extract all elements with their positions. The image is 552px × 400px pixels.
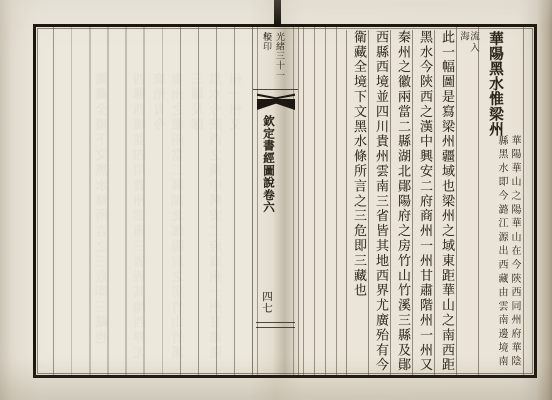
book-scan-photo: 衛藏全境下文黑水條所言之三危即三藏也 西縣西境並四川貴州雲南三省皆其地西界尤廣殆… (0, 0, 552, 400)
annotation-line: 華陽華山之陽華山在今陝西同州府華陰 (508, 135, 521, 370)
fold-mark-bar (274, 0, 281, 27)
imprint-box: 光緒三十一年 校印 (253, 27, 298, 90)
fishtail-icon (257, 93, 295, 110)
annotation-continuation: 流入 海 (458, 31, 478, 54)
body-column: 秦州之徽兩當二縣湖北鄖陽府之房竹山竹溪三縣及鄖 (390, 30, 413, 375)
fold-footer-rule (256, 327, 295, 328)
annotation-line: 縣黑水即今潞江源出西藏由雲南邊境南 (495, 135, 508, 370)
body-column: 西縣西境並四川貴州雲南三省皆其地西界尤廣殆有今 (368, 30, 391, 375)
column-rule (336, 27, 337, 375)
folio-number: 四七 (257, 291, 277, 314)
heading-column: 華陽黑水惟梁州 華陽華山之陽華山在今陝西同州府華陰 縣黑水即今潞江源出西藏由雲南… (478, 27, 524, 375)
showthrough-ghost-text: 秦州之徽兩當二縣湖北鄖陽府之房竹山竹溪三縣及鄖 (170, 72, 190, 375)
center-fold-column: 光緒三十一年 校印 欽定書經圖說卷六 四七 (252, 27, 299, 375)
annotation-line: 海 (458, 31, 468, 54)
heading-text: 華陽黑水惟梁州 (479, 31, 511, 137)
column-rule (303, 27, 304, 375)
showthrough-ghost-text: 黑水今陝西之漢中興安二府商州一州甘肅階州一州又 (208, 72, 228, 375)
column-rule (314, 27, 315, 375)
colophon-book-title: 欽定書經圖說卷六 (257, 115, 281, 213)
imprint-era-line: 光緒三十一年 (272, 32, 285, 89)
imprint-text: 光緒三十一年 校印 (259, 32, 285, 89)
annotation-line: 流入 (468, 31, 478, 54)
fold-footer-rule (256, 322, 295, 323)
interlinear-annotation: 華陽華山之陽華山在今陝西同州府華陰 縣黑水即今潞江源出西藏由雲南邊境南 (495, 135, 521, 370)
annotation-continuation-column: 流入 海 (456, 27, 479, 375)
imprint-suffix-line: 校印 (259, 32, 272, 89)
left-page-blank-columns: 衛藏全境下文黑水條所言之三危即三藏也 西縣西境並四川貴州雲南三省皆其地西界尤廣殆… (36, 27, 253, 375)
body-column: 衛藏全境下文黑水條所言之三危即三藏也 (346, 30, 369, 375)
body-column: 此一幅圖是寫梁州疆域也梁州之域東距華山之南西距 (434, 30, 457, 375)
paper-edge-right (537, 0, 552, 400)
showthrough-ghost-text: 衛藏全境下文黑水條所言之三危即三藏也 (94, 72, 114, 346)
showthrough-ghost-text: 西縣西境並四川貴州雲南三省皆其地西界尤廣殆有今 (132, 72, 152, 375)
body-column: 黑水今陝西之漢中興安二府商州一州甘肅階州一州又 (412, 30, 435, 375)
column-rule (325, 27, 326, 375)
